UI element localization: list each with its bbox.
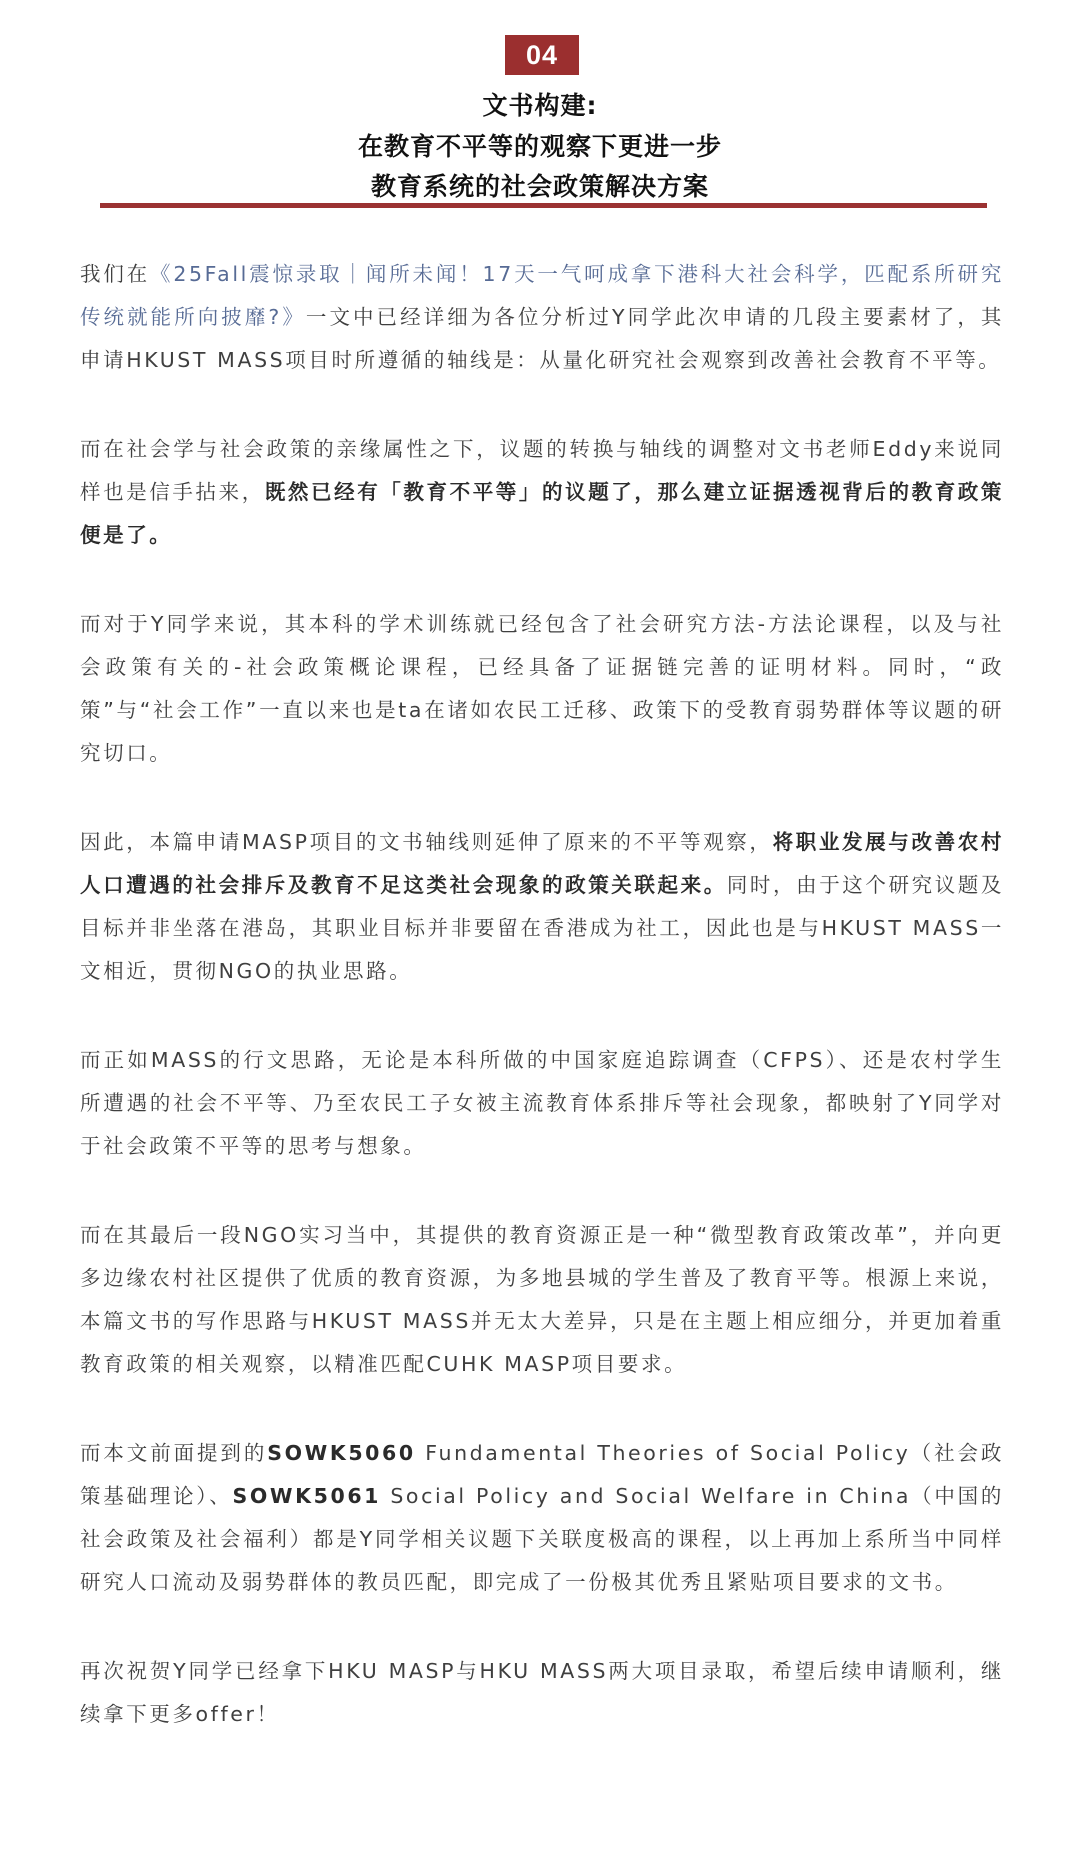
paragraph-mass-approach: 而正如MASS的行文思路，无论是本科所做的中国家庭追踪调查（CFPS）、还是农村… <box>80 1039 1004 1168</box>
paragraph-academic-training: 而对于Y同学来说，其本科的学术训练就已经包含了社会研究方法-方法论课程，以及与社… <box>80 603 1004 775</box>
paragraph-text: 而本文前面提到的 <box>80 1441 267 1465</box>
article-body: 我们在《25Fall震惊录取｜闻所未闻！17天一气呵成拿下港科大社会科学，匹配系… <box>80 253 1004 1736</box>
paragraph-text: 我们在 <box>80 262 150 286</box>
paragraph-congratulations: 再次祝贺Y同学已经拿下HKU MASP与HKU MASS两大项目录取，希望后续申… <box>80 1650 1004 1736</box>
section-header: 04 文书构建: 在教育不平等的观察下更进一步 教育系统的社会政策解决方案 <box>0 0 1080 215</box>
section-title-line-2: 在教育不平等的观察下更进一步 <box>0 127 1080 168</box>
paragraph-text: 而在其最后一段NGO实习当中，其提供的教育资源正是一种“微型教育政策改革”，并向… <box>80 1223 1004 1376</box>
section-title-line-1: 文书构建: <box>0 86 1080 127</box>
paragraph-intro: 我们在《25Fall震惊录取｜闻所未闻！17天一气呵成拿下港科大社会科学，匹配系… <box>80 253 1004 382</box>
paragraph-ngo-internship: 而在其最后一段NGO实习当中，其提供的教育资源正是一种“微型教育政策改革”，并向… <box>80 1214 1004 1386</box>
paragraph-text: 再次祝贺Y同学已经拿下HKU MASP与HKU MASS两大项目录取，希望后续申… <box>80 1659 1004 1726</box>
paragraph-masp-axis: 因此，本篇申请MASP项目的文书轴线则延伸了原来的不平等观察，将职业发展与改善农… <box>80 821 1004 993</box>
section-title-line-3: 教育系统的社会政策解决方案 <box>0 167 1080 208</box>
paragraph-text: 而正如MASS的行文思路，无论是本科所做的中国家庭追踪调查（CFPS）、还是农村… <box>80 1048 1004 1158</box>
course-code: SOWK5061 <box>233 1484 382 1508</box>
paragraph-text: 因此，本篇申请MASP项目的文书轴线则延伸了原来的不平等观察， <box>80 830 773 854</box>
title-divider <box>100 203 987 208</box>
section-number-badge: 04 <box>505 35 579 75</box>
section-title: 文书构建: 在教育不平等的观察下更进一步 教育系统的社会政策解决方案 <box>0 86 1080 208</box>
paragraph-text: 而对于Y同学来说，其本科的学术训练就已经包含了社会研究方法-方法论课程，以及与社… <box>80 612 1004 765</box>
paragraph-policy-affinity: 而在社会学与社会政策的亲缘属性之下，议题的转换与轴线的调整对文书老师Eddy来说… <box>80 428 1004 557</box>
course-code: SOWK5060 <box>267 1441 416 1465</box>
paragraph-courses: 而本文前面提到的SOWK5060 Fundamental Theories of… <box>80 1432 1004 1604</box>
